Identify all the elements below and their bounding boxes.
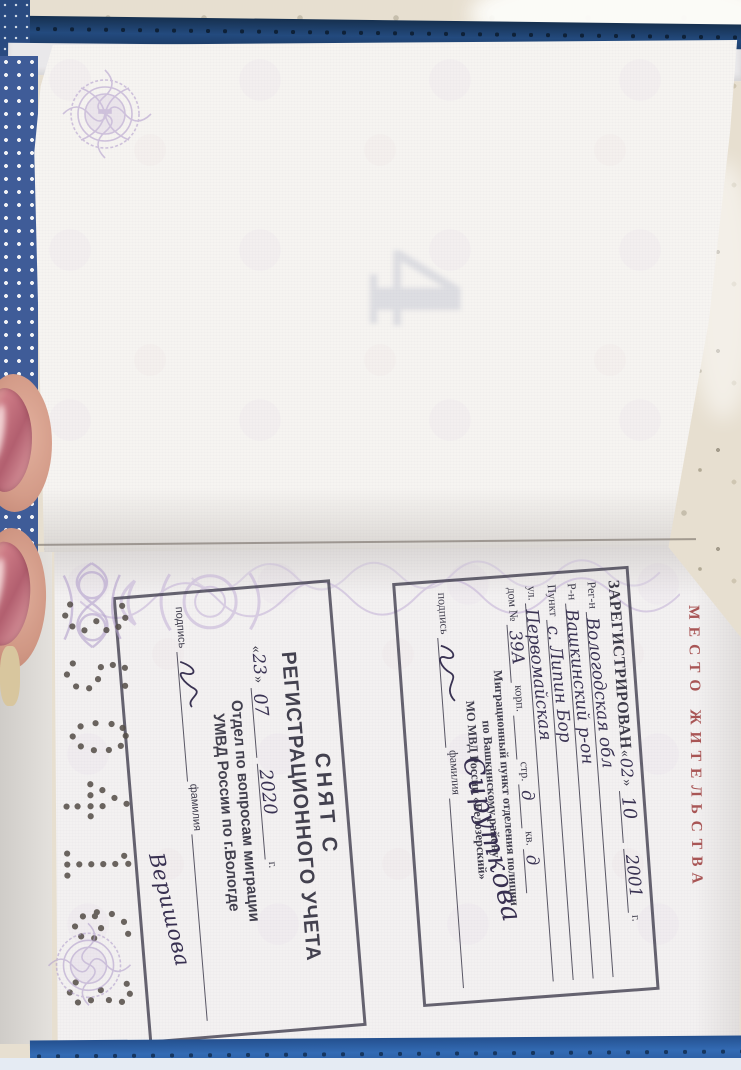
dereg-surname-handwritten: Веришова: [144, 850, 195, 968]
guilloche-rosette-icon: [38, 915, 139, 1016]
finger-skin-edge: [0, 646, 20, 706]
field-label-settlement: Пункт: [544, 584, 561, 617]
field-label-house: дом №: [504, 587, 521, 622]
fingernail: [0, 541, 32, 647]
dereg-signature-label: подпись: [173, 606, 188, 648]
field-label-apartment: кв.: [522, 831, 538, 847]
dereg-date-day: 23: [248, 653, 270, 676]
reg-date-day: 02: [617, 757, 637, 779]
page-number-watermark: 4: [333, 233, 473, 343]
open-quote: «: [616, 749, 632, 757]
field-value-house: 39А: [504, 629, 528, 665]
field-label-building: корп.: [511, 685, 528, 713]
year-suffix: г.: [265, 861, 280, 869]
field-label-structure: стр.: [517, 761, 533, 782]
table-edge-bottom: [0, 1058, 741, 1070]
field-label-street: ул.: [524, 585, 540, 601]
reg-signature-scribble: [435, 640, 464, 706]
passport-photo-scene: 4 МЕСТО ЖИТЕЛЬСТВА: [0, 0, 741, 1070]
dereg-signature-scribble: [174, 654, 205, 712]
page-title: МЕСТО ЖИТЕЛЬСТВА: [684, 588, 706, 908]
blank-passport-page: 4: [30, 40, 740, 552]
dereg-date-month: 07: [249, 692, 273, 717]
field-value-structure: д: [517, 789, 538, 802]
fingernail: [0, 388, 32, 492]
dereg-date-year: 2020: [255, 768, 281, 816]
deregistration-stamp: СНЯТ С РЕГИСТРАЦИОННОГО УЧЕТА « 23 » 07 …: [113, 579, 367, 1043]
open-quote: «: [247, 645, 264, 653]
field-label-region: Рег-н: [584, 581, 601, 609]
field-value-apartment: д: [521, 853, 542, 866]
dereg-surname-label: фамилия: [187, 783, 203, 831]
residence-page-content: МЕСТО ЖИТЕЛЬСТВА ЗАРЕГИСТРИРОВАН « 02: [51, 541, 741, 1054]
reg-date-year: 2001: [621, 853, 646, 898]
reg-date-month: 10: [617, 795, 640, 820]
guilloche-rosette-icon: [55, 60, 155, 168]
reg-signature-label: подпись: [434, 592, 452, 635]
registration-stamp: ЗАРЕГИСТРИРОВАН « 02 » 10 2001 г. Рег-н …: [392, 566, 659, 1007]
year-suffix: г.: [628, 914, 643, 922]
close-quote: »: [250, 675, 267, 683]
field-label-district: Р-н: [564, 583, 580, 601]
close-quote: »: [618, 779, 634, 787]
